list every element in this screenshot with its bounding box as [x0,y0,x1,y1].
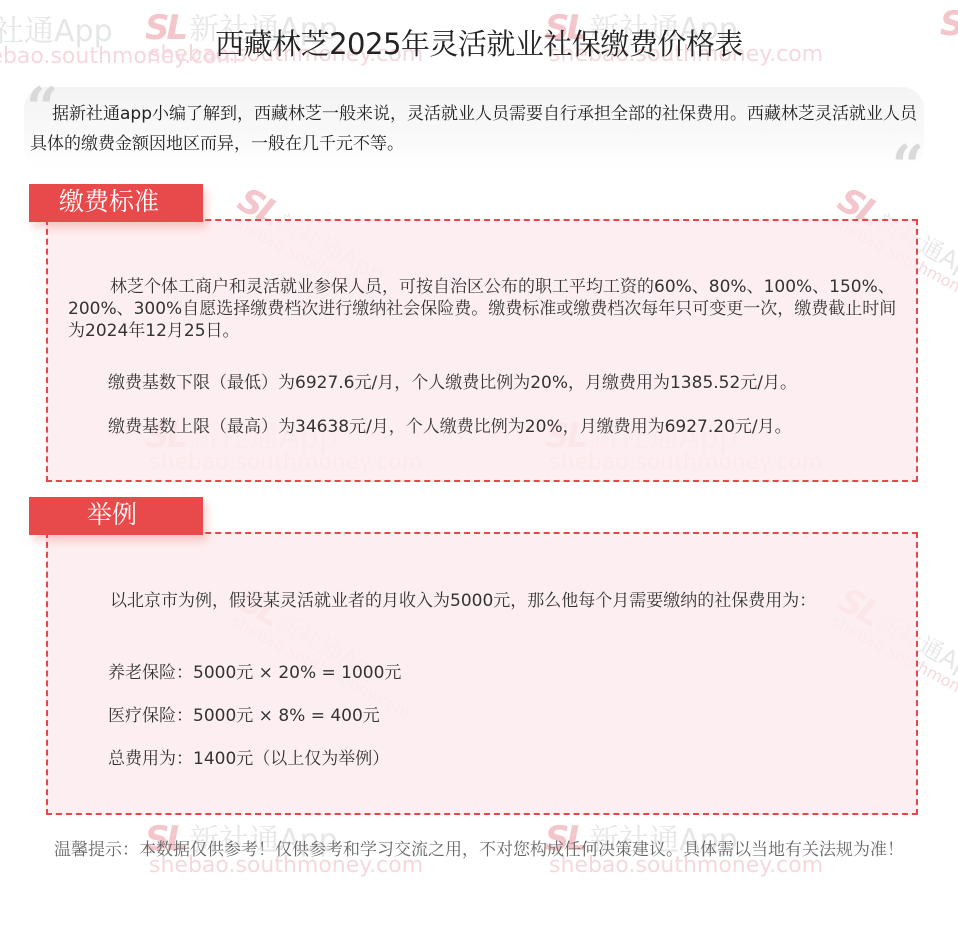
section-tab-payment-standard: 缴费标准 [29,184,203,222]
intro-quote-box: “ 据新社通app小编了解到，西藏林芝一般来说，灵活就业人员需要自行承担全部的社… [24,87,924,169]
close-quote-icon: “ [892,133,924,199]
intro-text: 据新社通app小编了解到，西藏林芝一般来说，灵活就业人员需要自行承担全部的社保费… [30,99,920,159]
example-line-medical: 医疗保险：5000元 × 8% = 400元 [108,701,380,726]
section-example: 以北京市为例，假设某灵活就业者的月收入为5000元，那么他每个月需要缴纳的社保费… [46,532,918,815]
section-tab-label: 举例 [29,497,203,533]
section-line-max-base: 缴费基数上限（最高）为34638元/月，个人缴费比例为20%，月缴费用为6927… [108,412,792,437]
section-line-min-base: 缴费基数下限（最低）为6927.6元/月，个人缴费比例为20%，月缴费用为138… [108,368,797,393]
section-tab-label: 缴费标准 [29,184,203,220]
section-paragraph: 林芝个体工商户和灵活就业参保人员，可按自治区公布的职工平均工资的60%、80%、… [68,276,898,342]
section-paragraph: 以北京市为例，假设某灵活就业者的月收入为5000元，那么他每个月需要缴纳的社保费… [68,590,898,612]
section-tab-example: 举例 [29,497,203,535]
example-line-total: 总费用为：1400元（以上仅为举例） [108,744,389,769]
section-payment-standard: 林芝个体工商户和灵活就业参保人员，可按自治区公布的职工平均工资的60%、80%、… [46,219,918,482]
page-title: 西藏林芝2025年灵活就业社保缴费价格表 [0,22,958,63]
footer-disclaimer: 温馨提示：本数据仅供参考！仅供参考和学习交流之用，不对您构成任何决策建议。具体需… [15,838,943,863]
example-line-pension: 养老保险：5000元 × 20% = 1000元 [108,658,401,683]
